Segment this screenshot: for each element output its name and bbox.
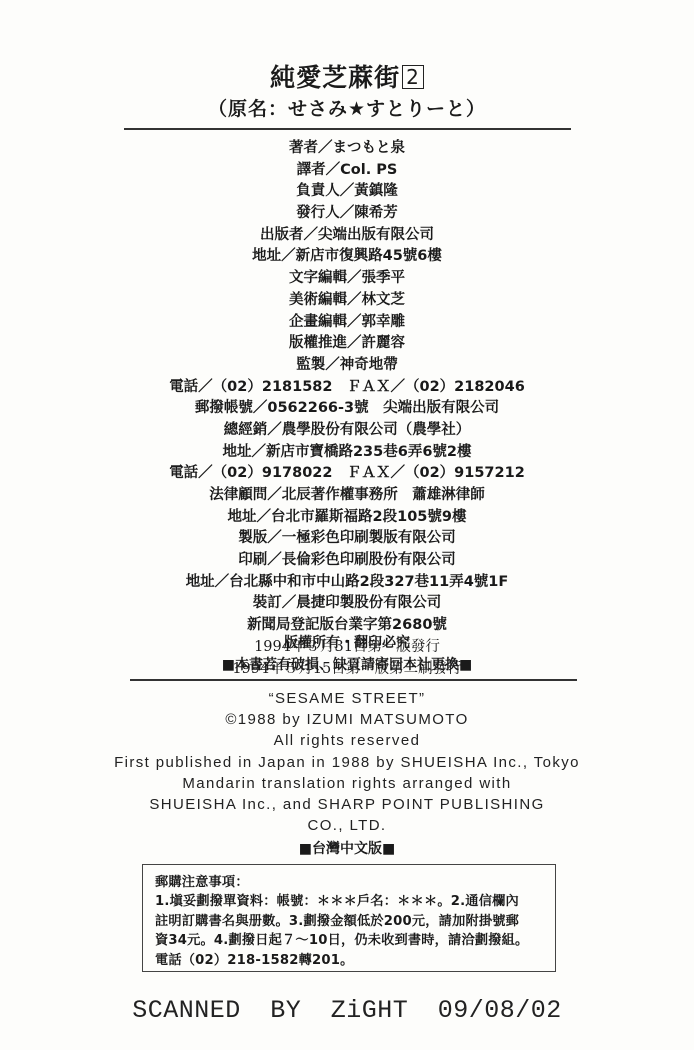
credit-printing-address: 地址／台北縣中和市中山路2段327巷11弄4號1F [0,572,694,594]
original-english-title: “SESAME STREET” [0,688,694,709]
publisher-line: SHUEISHA Inc., and SHARP POINT PUBLISHIN… [0,794,694,815]
book-title: 純愛芝蔴街2 [0,58,694,94]
credit-printing: 印刷／長倫彩色印刷股份有限公司 [0,550,694,572]
credit-author: 著者／まつもと泉 [0,138,694,160]
mail-order-line: 電話（02）218-1582轉201。 [155,951,545,970]
mail-order-heading: 郵購注意事項： [155,873,545,892]
mail-order-line: 1.塡妥劃撥單資料：帳號：＊＊＊戶名：＊＊＊。2.通信欄內 [155,892,545,911]
credit-plate-making: 製版／一極彩色印刷製版有限公司 [0,528,694,550]
credit-art-editor: 美術編輯／林文芝 [0,290,694,312]
copyright-notice: 版權所有・翻印必究 [0,632,694,654]
title-text: 純愛芝蔴街 [270,63,400,92]
credit-publisher-address: 地址／新店市復興路45號6樓 [0,246,694,268]
original-title: （原名：せさみ★すとりーと） [0,94,694,121]
english-copyright-block: “SESAME STREET” ©1988 by IZUMI MATSUMOTO… [0,688,694,836]
translation-rights-line: Mandarin translation rights arranged wit… [0,773,694,794]
publisher-line-end: CO., LTD. [0,815,694,836]
copyright-line: ©1988 by IZUMI MATSUMOTO [0,709,694,730]
credit-issuer: 發行人／陳希芳 [0,203,694,225]
credit-distributor: 總經銷／農學股份有限公司（農學社） [0,420,694,442]
damage-notice: ■本書若有破損、缺頁請寄回本社更換■ [0,654,694,676]
middle-divider [130,679,577,681]
mail-order-line: 資34元。4.劃撥日起７～10日，仍未收到書時，請洽劃撥組。 [155,931,545,950]
credit-responsible: 負責人／黃鎮隆 [0,181,694,203]
edition-label: ■台灣中文版■ [0,838,694,858]
all-rights-reserved: All rights reserved [0,730,694,751]
mail-order-line: 註明訂購書名與册數。3.劃撥金額低於200元，請加附掛號郵 [155,912,545,931]
credit-rights: 版權推進／許麗容 [0,333,694,355]
credit-distributor-phone-fax: 電話／（02）9178022 ＦＡＸ／（02）9157212 [0,463,694,485]
scanner-credit: SCANNED BY ZiGHT 09/08/02 [0,996,694,1025]
rights-block: 版權所有・翻印必究 ■本書若有破損、缺頁請寄回本社更換■ [0,632,694,676]
credit-supervisor: 監製／神奇地帶 [0,355,694,377]
top-divider [124,128,571,130]
credits-block: 著者／まつもと泉 譯者／Col. PS 負責人／黃鎮隆 發行人／陳希芳 出版者／… [0,138,694,680]
credit-postal-account: 郵撥帳號／0562266-3號 尖端出版有限公司 [0,398,694,420]
credit-binding: 裝訂／晨捷印製股份有限公司 [0,593,694,615]
credit-planning-editor: 企畫編輯／郭幸雕 [0,312,694,334]
credit-distributor-address: 地址／新店市寶橋路235巷6弄6號2樓 [0,442,694,464]
mail-order-notice-box: 郵購注意事項： 1.塡妥劃撥單資料：帳號：＊＊＊戶名：＊＊＊。2.通信欄內 註明… [142,864,556,972]
volume-number-badge: 2 [402,65,424,89]
first-published-line: First published in Japan in 1988 by SHUE… [0,752,694,773]
credit-text-editor: 文字編輯／張季平 [0,268,694,290]
credit-translator: 譯者／Col. PS [0,160,694,182]
credit-phone-fax: 電話／（02）2181582 ＦＡＸ／（02）2182046 [0,377,694,399]
credit-legal-address: 地址／台北市羅斯福路2段105號9樓 [0,507,694,529]
credit-legal-counsel: 法律顧問／北辰著作權事務所 蕭雄淋律師 [0,485,694,507]
credit-publisher: 出版者／尖端出版有限公司 [0,225,694,247]
